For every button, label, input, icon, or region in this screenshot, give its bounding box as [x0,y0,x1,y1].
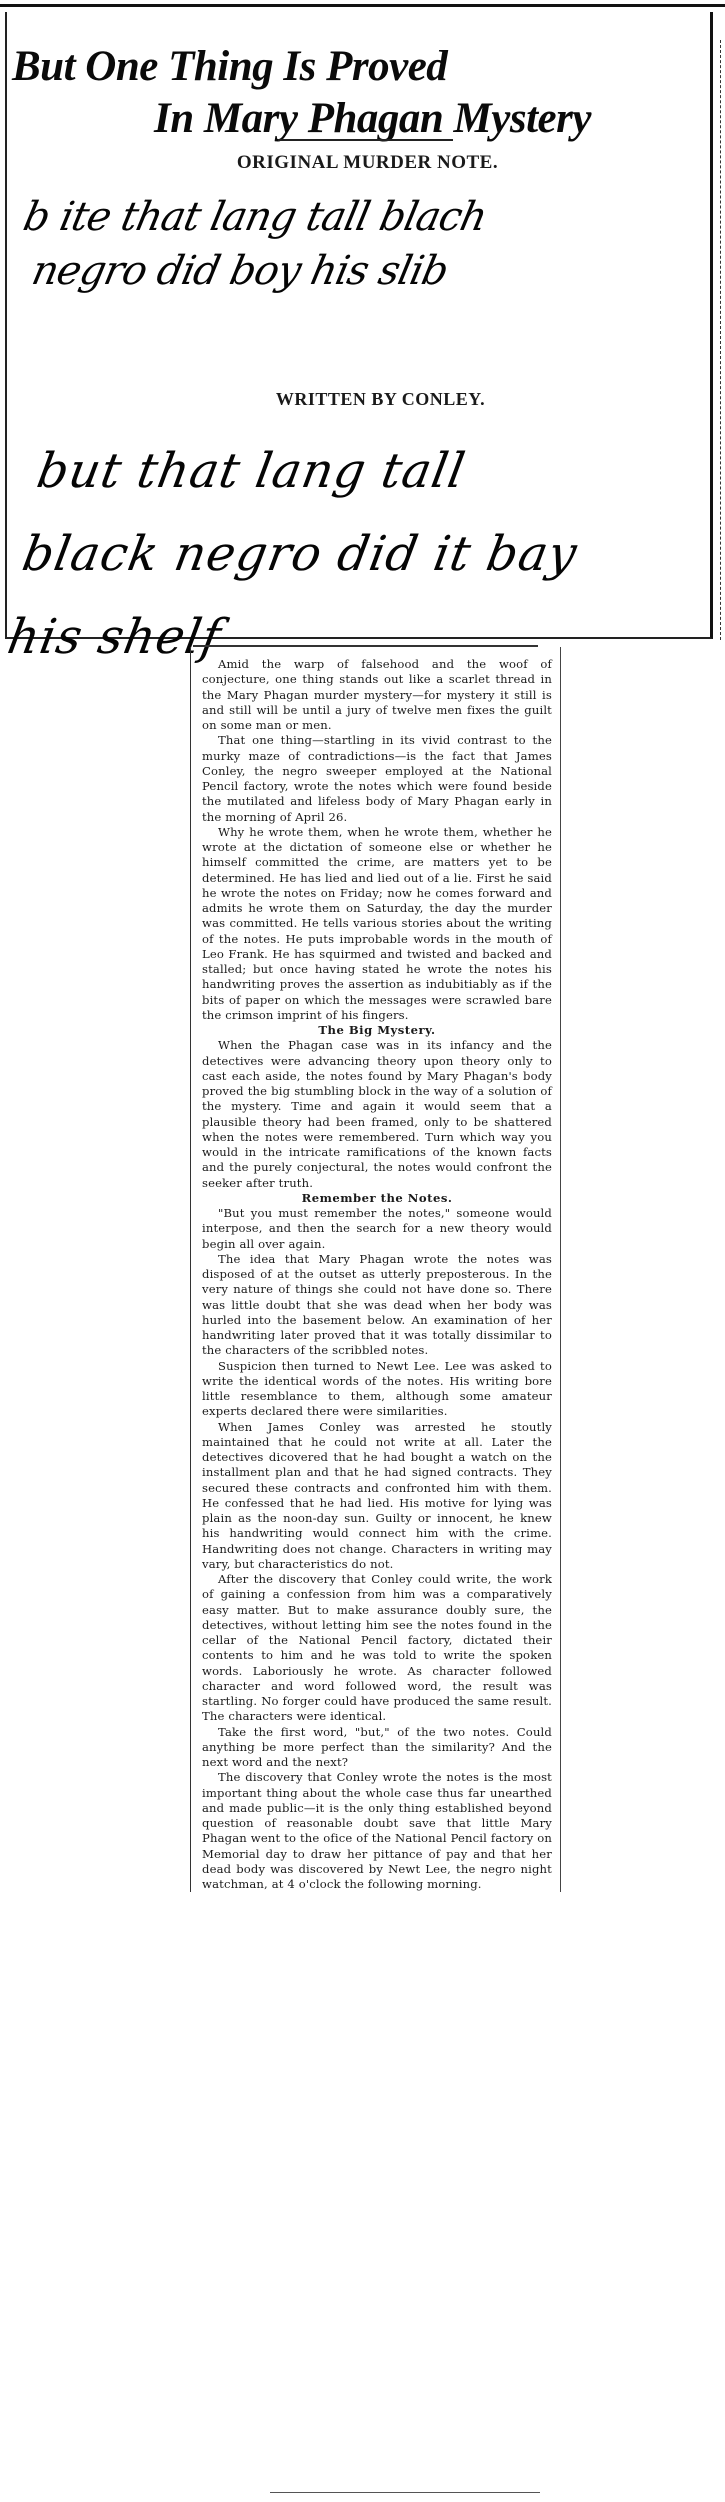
headline-divider [278,139,453,141]
conley-note-line: black negro did it bay [16,513,584,596]
article-paragraph: Amid the warp of falsehood and the woof … [202,657,552,733]
article-paragraph: Why he wrote them, when he wrote them, w… [202,825,552,1023]
article-paragraph: That one thing—startling in its vivid co… [202,733,552,825]
headline-line-1: But One Thing Is Proved [8,41,708,93]
conley-note-line: but that lang tall [30,430,598,513]
article-paragraph: Suspicion then turned to Newt Lee. Lee w… [202,1359,552,1420]
subhead-big-mystery: The Big Mystery. [202,1023,552,1038]
article-paragraph: "But you must remember the notes," someo… [202,1206,552,1252]
original-note-line: negro did boy his slib [7,244,480,298]
article-body: Amid the warp of falsehood and the woof … [190,647,561,1892]
original-note-handwriting: b ite that lang tall blach negro did boy… [7,190,491,298]
top-rule [0,4,725,7]
article-bottom-rule [270,2492,540,2493]
article-paragraph: After the discovery that Conley could wr… [202,1572,552,1725]
original-note-line: b ite that lang tall blach [19,190,492,244]
subhead-remember-notes: Remember the Notes. [202,1191,552,1206]
page-edge [720,40,723,640]
original-note-caption: ORIGINAL MURDER NOTE. [0,152,725,174]
headline-line-2: In Mary Phagan Mystery [8,93,708,145]
headline: But One Thing Is Proved In Mary Phagan M… [8,41,708,145]
article-paragraph: The idea that Mary Phagan wrote the note… [202,1252,552,1359]
article-paragraph: Take the first word, "but," of the two n… [202,1725,552,1771]
article-paragraph: When James Conley was arrested he stoutl… [202,1420,552,1573]
conley-note-handwriting: but that lang tall black negro did it ba… [1,430,598,679]
conley-note-caption: WRITTEN BY CONLEY. [0,389,725,410]
article-paragraph: When the Phagan case was in its infancy … [202,1038,552,1191]
article-paragraph: The discovery that Conley wrote the note… [202,1770,552,1892]
